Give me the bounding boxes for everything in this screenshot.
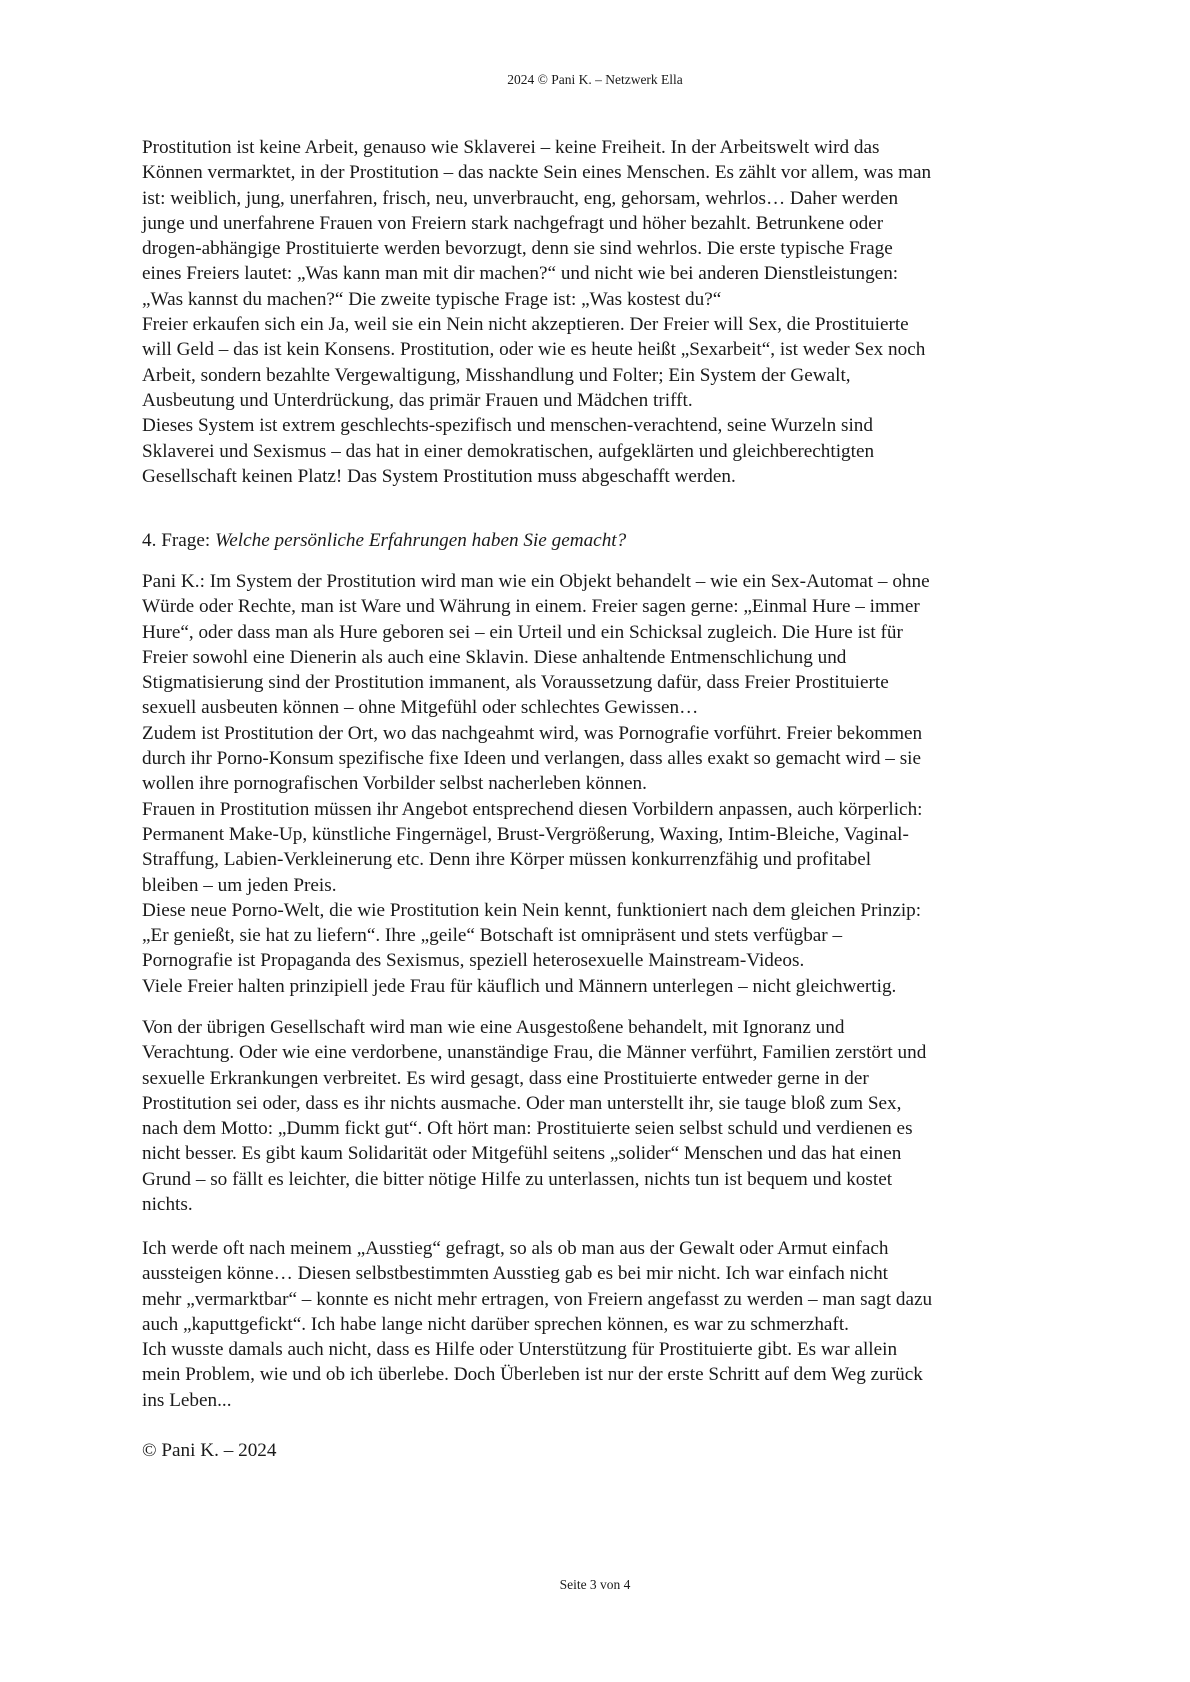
text-line: drogen-abhängige Prostituierte werden be… xyxy=(142,236,1082,261)
text-line: Stigmatisierung sind der Prostitution im… xyxy=(142,670,1082,695)
text-line: Pani K.: Im System der Prostitution wird… xyxy=(142,569,1082,594)
text-line: Ich werde oft nach meinem „Ausstieg“ gef… xyxy=(142,1236,1082,1261)
text-line: Freier erkaufen sich ein Ja, weil sie ei… xyxy=(142,312,1082,337)
paragraph-society: Von der übrigen Gesellschaft wird man wi… xyxy=(142,1015,1082,1217)
text-line: will Geld – das ist kein Konsens. Prosti… xyxy=(142,337,1082,362)
text-line: sexuelle Erkrankungen verbreitet. Es wir… xyxy=(142,1066,1082,1091)
text-line: nichts. xyxy=(142,1192,1082,1217)
text-line: auch „kaputtgefickt“. Ich habe lange nic… xyxy=(142,1312,1082,1337)
text-line: aussteigen könne… Diesen selbstbestimmte… xyxy=(142,1261,1082,1286)
text-line: mehr „vermarktbar“ – konnte es nicht meh… xyxy=(142,1287,1082,1312)
text-line: wollen ihre pornografischen Vorbilder se… xyxy=(142,771,1082,796)
text-line: „Was kannst du machen?“ Die zweite typis… xyxy=(142,287,1082,312)
text-line: ins Leben... xyxy=(142,1388,1082,1413)
text-line: Hure“, oder dass man als Hure geboren se… xyxy=(142,620,1082,645)
text-line: durch ihr Porno-Konsum spezifische fixe … xyxy=(142,746,1082,771)
text-line: mein Problem, wie und ob ich überlebe. D… xyxy=(142,1362,1082,1387)
text-line: Permanent Make-Up, künstliche Fingernäge… xyxy=(142,822,1082,847)
page-number: Seite 3 von 4 xyxy=(0,1577,1190,1593)
text-line: Können vermarktet, in der Prostitution –… xyxy=(142,160,1082,185)
page-header: 2024 © Pani K. – Netzwerk Ella xyxy=(0,72,1190,88)
text-line: junge und unerfahrene Frauen von Freiern… xyxy=(142,211,1082,236)
question-heading: 4. Frage: Welche persönliche Erfahrungen… xyxy=(142,528,1082,553)
text-line: Viele Freier halten prinzipiell jede Fra… xyxy=(142,974,1082,999)
text-line: Zudem ist Prostitution der Ort, wo das n… xyxy=(142,721,1082,746)
question-label: 4. Frage: xyxy=(142,530,215,551)
text-line: Freier sowohl eine Dienerin als auch ein… xyxy=(142,645,1082,670)
text-line: Straffung, Labien-Verkleinerung etc. Den… xyxy=(142,847,1082,872)
text-line: Würde oder Rechte, man ist Ware und Währ… xyxy=(142,594,1082,619)
question-text: Welche persönliche Erfahrungen haben Sie… xyxy=(215,530,626,551)
paragraph-exit: Ich werde oft nach meinem „Ausstieg“ gef… xyxy=(142,1236,1082,1413)
text-line: bleiben – um jeden Preis. xyxy=(142,873,1082,898)
signature: © Pani K. – 2024 xyxy=(142,1438,277,1463)
question-line: 4. Frage: Welche persönliche Erfahrungen… xyxy=(142,528,1082,553)
text-line: Ich wusste damals auch nicht, dass es Hi… xyxy=(142,1337,1082,1362)
text-line: nach dem Motto: „Dumm fickt gut“. Oft hö… xyxy=(142,1116,1082,1141)
text-line: Grund – so fällt es leichter, die bitter… xyxy=(142,1167,1082,1192)
text-line: Verachtung. Oder wie eine verdorbene, un… xyxy=(142,1040,1082,1065)
text-line: ist: weiblich, jung, unerfahren, frisch,… xyxy=(142,186,1082,211)
text-line: Arbeit, sondern bezahlte Vergewaltigung,… xyxy=(142,363,1082,388)
text-line: Von der übrigen Gesellschaft wird man wi… xyxy=(142,1015,1082,1040)
text-line: Gesellschaft keinen Platz! Das System Pr… xyxy=(142,464,1082,489)
text-line: Sklaverei und Sexismus – das hat in eine… xyxy=(142,439,1082,464)
text-line: eines Freiers lautet: „Was kann man mit … xyxy=(142,261,1082,286)
text-line: Dieses System ist extrem geschlechts-spe… xyxy=(142,413,1082,438)
text-line: „Er genießt, sie hat zu liefern“. Ihre „… xyxy=(142,923,1082,948)
text-line: Prostitution ist keine Arbeit, genauso w… xyxy=(142,135,1082,160)
text-line: Frauen in Prostitution müssen ihr Angebo… xyxy=(142,797,1082,822)
text-line: Diese neue Porno-Welt, die wie Prostitut… xyxy=(142,898,1082,923)
text-line: Pornografie ist Propaganda des Sexismus,… xyxy=(142,948,1082,973)
text-line: Ausbeutung und Unterdrückung, das primär… xyxy=(142,388,1082,413)
paragraph-answer: Pani K.: Im System der Prostitution wird… xyxy=(142,569,1082,999)
paragraph-intro: Prostitution ist keine Arbeit, genauso w… xyxy=(142,135,1082,489)
text-line: sexuell ausbeuten können – ohne Mitgefüh… xyxy=(142,695,1082,720)
text-line: Prostitution sei oder, dass es ihr nicht… xyxy=(142,1091,1082,1116)
text-line: nicht besser. Es gibt kaum Solidarität o… xyxy=(142,1141,1082,1166)
